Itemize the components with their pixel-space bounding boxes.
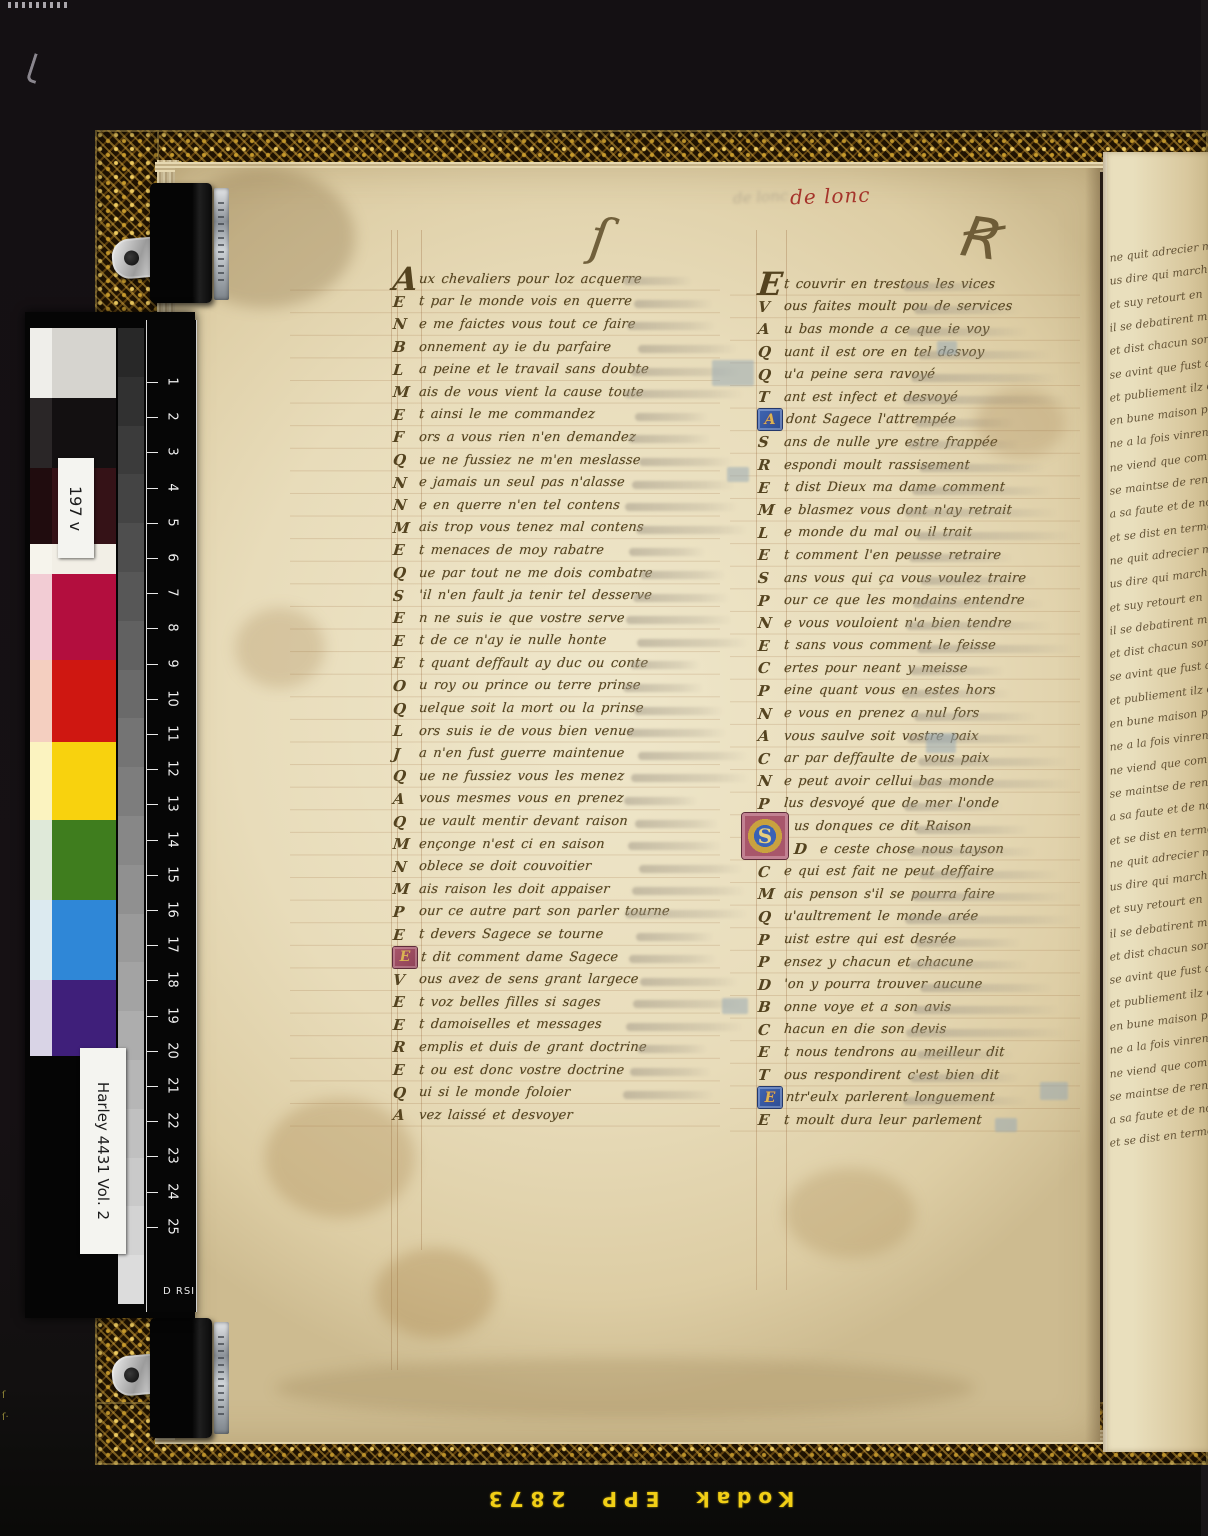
ruler-number: 25 [165, 1215, 180, 1237]
showthrough-line-bar [912, 487, 1051, 495]
verse-text: t ou est donc vostre doctrine [418, 1063, 625, 1078]
verse-text: ux chevaliers pour loz acquerre [418, 272, 642, 287]
verse-text: 'il n'en fault ja tenir tel desserve [418, 588, 652, 603]
showthrough-line [623, 541, 748, 564]
ruler-scale: D RSI 1234567891011121314151617181920212… [146, 320, 197, 1312]
initial-letter: V [757, 298, 785, 316]
ruler-number: 11 [165, 723, 180, 745]
initial-letter: Q [392, 451, 420, 469]
initial-letter: Q [392, 564, 420, 582]
showthrough-line-bar [917, 1051, 1014, 1059]
showthrough-line-bar [624, 797, 698, 805]
showthrough-line-bar [632, 887, 746, 895]
showthrough-line [903, 276, 1073, 299]
clip-handle-hole [123, 1367, 139, 1383]
verse-text: a n'en fust guerre maintenue [418, 746, 625, 761]
showthrough-line [623, 315, 748, 338]
verse-text: onnement ay ie du parfaire [418, 340, 611, 355]
showthrough-line-bar [916, 532, 1073, 540]
verse-text: t devers Sagece se tourne [418, 927, 604, 942]
showthrough-line-bar [638, 752, 748, 760]
verse-text: ue ne fussiez ne m'en meslasse [418, 453, 641, 468]
showthrough-line-bar [634, 707, 724, 715]
initial-letter: R [392, 1038, 420, 1056]
showthrough-line-bar [914, 306, 1021, 314]
showthrough-line-bar [903, 283, 997, 291]
showthrough-line [623, 1016, 748, 1039]
showthrough-line [623, 270, 748, 293]
ruler-tick [147, 734, 158, 735]
ruler-tick [147, 769, 158, 770]
showthrough-line-bar [905, 916, 1073, 924]
ruler-tick [147, 1156, 158, 1157]
showthrough-line-bar [903, 1097, 1027, 1105]
graywedge-step [118, 865, 144, 914]
ruler-tick [147, 664, 158, 665]
initial-letter: E [392, 1061, 420, 1079]
verse-text: a peine et le travail sans doubte [418, 362, 649, 377]
showthrough-line [903, 931, 1073, 954]
next-folio-text-fragment: ne quit adrecier mo [1109, 232, 1208, 264]
showthrough-line-bar [631, 774, 748, 782]
initial-letter: S [757, 433, 785, 451]
showthrough-line [903, 321, 1073, 344]
graywedge-step [118, 523, 144, 572]
colorbar-patch-side [30, 660, 52, 742]
colorbar-patch-side [30, 980, 52, 1056]
verse-text: ue par tout ne me dois combatre [418, 566, 653, 581]
showthrough-line-bar [636, 526, 748, 534]
colorbar-patch-side [30, 398, 52, 468]
showthrough-line-bar [916, 939, 1021, 947]
verse-text: t voz belles filles si sages [418, 995, 601, 1010]
graywedge-step [118, 914, 144, 963]
stain [785, 1168, 915, 1258]
showthrough-line-bar [904, 803, 1004, 811]
showthrough-line [623, 654, 748, 677]
initial-letter: E [757, 479, 785, 497]
initial-letter: Q [757, 908, 785, 926]
initial-letter: C [757, 750, 785, 768]
showthrough-line [903, 999, 1073, 1022]
showthrough-line [623, 293, 748, 316]
showthrough-line-bar [639, 458, 732, 466]
verse-text: ors a vous rien n'en demandez [418, 430, 636, 445]
showthrough-line-bar [640, 571, 726, 579]
showthrough-line-bar [629, 955, 717, 963]
cadel-flourish: ſ [586, 207, 613, 269]
showthrough-line [903, 683, 1073, 706]
ruler-tick [147, 382, 158, 383]
ruler-tick [147, 558, 158, 559]
film-edge-mark: ſ [2, 1390, 6, 1401]
showthrough-line [623, 722, 748, 745]
showthrough-line-bar [637, 639, 748, 647]
ruler-number: 17 [165, 934, 180, 956]
ruler-number: 13 [165, 793, 180, 815]
ruler-tick [147, 1121, 158, 1122]
showthrough-line-bar [624, 390, 743, 398]
initial-letter: F [392, 428, 420, 446]
verse-text: oblece se doit couvoitier [418, 859, 592, 874]
ruler-tick [147, 1227, 158, 1228]
initial-letter: R [757, 456, 785, 474]
showthrough-line-bar [636, 933, 714, 941]
colorbar-patch-main [52, 660, 116, 742]
showthrough-line [623, 925, 748, 948]
verse-text: uelque soit la mort ou la prinse [418, 701, 644, 716]
stain [375, 1248, 495, 1338]
showthrough-line-bar [907, 328, 1028, 336]
bulldog-clip-top [150, 183, 212, 303]
initial-letter: Q [392, 813, 420, 831]
ruler-tick [147, 1051, 158, 1052]
showthrough-line [623, 609, 748, 632]
graywedge-step [118, 426, 144, 475]
initial-letter: C [757, 863, 785, 881]
ruler-number: 24 [165, 1180, 180, 1202]
showthrough-line-bar [627, 322, 716, 330]
ruler-tick [147, 945, 158, 946]
colorbar-patch-main [52, 820, 116, 900]
ruler-tick [147, 840, 158, 841]
initial-letter: E [757, 546, 785, 564]
colorbar-patch-purple [30, 980, 116, 1056]
bulldog-clip-bottom [150, 1318, 212, 1438]
showthrough-line-bar [635, 820, 719, 828]
showthrough-line-bar [625, 503, 738, 511]
showthrough-line-bar [917, 645, 1073, 653]
verse-text: ors suis ie de vous bien venue [418, 724, 635, 739]
showthrough-line [903, 479, 1073, 502]
ruler-number: 7 [165, 582, 180, 604]
showthrough-line [903, 344, 1073, 367]
initial-letter: P [757, 953, 785, 971]
initial-letter: M [757, 885, 785, 903]
verse-text: ais raison les doit appaiser [418, 882, 610, 897]
initial-letter: M [392, 835, 420, 853]
initial-letter: P [757, 931, 785, 949]
ruler-tick [147, 1086, 158, 1087]
showthrough-line [903, 841, 1073, 864]
showthrough-line [903, 954, 1073, 977]
ruler-tick [147, 1016, 158, 1017]
ruler-tick [147, 523, 158, 524]
showthrough-line [623, 1038, 748, 1061]
initial-letter: D [793, 840, 821, 858]
showthrough-line-bar [912, 893, 1067, 901]
showthrough-line [623, 338, 748, 361]
showthrough-line [903, 547, 1073, 570]
ruler-number: 10 [165, 687, 180, 709]
showthrough-line-bar [905, 509, 1058, 517]
ruler-tick [147, 452, 158, 453]
colorbar-patch-blue [30, 900, 116, 980]
showthrough-line [903, 1044, 1073, 1067]
showthrough-line [903, 863, 1073, 886]
colorbar-patch-side [30, 328, 52, 398]
next-folio-edge: ne quit adrecier mous dire qui marcheet … [1103, 152, 1208, 1452]
ruler-number: 22 [165, 1110, 180, 1132]
ruler-number: 16 [165, 899, 180, 921]
graywedge-step [118, 718, 144, 767]
showthrough-line-bar [627, 729, 727, 737]
graywedge-step [118, 767, 144, 816]
showthrough-line-bar [919, 871, 1060, 879]
initial-letter: N [392, 474, 420, 492]
showthrough-line [903, 366, 1073, 389]
verse-text: emplis et duis de grant doctrine [418, 1040, 647, 1055]
showthrough-line-bar [911, 780, 1073, 788]
showthrough-line-bar [913, 600, 1044, 608]
rubric-showthrough: de lonc [733, 187, 789, 208]
initial-letter: A [392, 790, 420, 808]
initial-letter: E [392, 1016, 420, 1034]
verse-text: ençonge n'est ci en saison [418, 837, 605, 852]
initial-letter: E [757, 637, 785, 655]
cadel-flourish: Ꞧ [953, 204, 1001, 274]
ruler-number: 15 [165, 863, 180, 885]
verse-text: ui si le monde foloier [418, 1085, 571, 1100]
manuscript-page-197v: de lonc de lonc ſ Ꞧ Aux chevaliers pour … [175, 168, 1100, 1442]
initial-letter: D [757, 976, 785, 994]
showthrough-line-bar [633, 594, 729, 602]
clip-metal-strip [214, 1322, 229, 1434]
showthrough-line [623, 699, 748, 722]
showthrough-line [623, 1061, 748, 1084]
stain [265, 1098, 415, 1218]
initial-letter: B [392, 338, 420, 356]
initial-letter: E [392, 993, 420, 1011]
ruler-number: 5 [165, 511, 180, 533]
showthrough-initial-patch [722, 998, 748, 1014]
initial-letter: A [392, 269, 420, 289]
verse-text: ais trop vous tenez mal contens [418, 520, 644, 535]
showthrough-line-bar [909, 961, 1028, 969]
ruler-tick [147, 1192, 158, 1193]
initial-letter: E [392, 632, 420, 650]
showthrough-initial-patch [712, 360, 754, 386]
initial-letter: E [392, 926, 420, 944]
verse-text: t par le monde vois en querre [418, 294, 632, 309]
showthrough-line-bar [628, 435, 711, 443]
illuminated-initial: E [758, 1087, 782, 1108]
colorbar-patch-main [52, 900, 116, 980]
graywedge-step [118, 572, 144, 621]
initial-letter: N [392, 496, 420, 514]
verse-text: t de ce n'ay ie nulle honte [418, 633, 607, 648]
verse-text: t moult dura leur parlement [783, 1113, 982, 1128]
initial-letter: M [757, 501, 785, 519]
showthrough-line [903, 457, 1073, 480]
showthrough-line [623, 744, 748, 767]
colorbar-patch-main [52, 742, 116, 820]
verse-text: ais de vous vient la cause toute [418, 385, 644, 400]
verse-text: e jamais un seul pas n'alasse [418, 475, 625, 490]
initial-letter: P [757, 592, 785, 610]
initial-letter: L [392, 361, 420, 379]
verse-text: e en querre n'en tel contens [418, 498, 620, 513]
showthrough-line [623, 519, 748, 542]
ruler-footer-label: D RSI [163, 1286, 195, 1297]
colorbar-patch-side [30, 900, 52, 980]
rubric-heading: de lonc [790, 183, 871, 210]
showthrough-line [623, 880, 748, 903]
showthrough-line-bar [918, 758, 1068, 766]
showthrough-line [623, 767, 748, 790]
initial-letter: T [757, 388, 785, 406]
graywedge-step [118, 377, 144, 426]
initial-letter: A [757, 727, 785, 745]
showthrough-line-bar [637, 1045, 708, 1053]
colorbar-patch-side [30, 544, 52, 574]
initial-letter: C [757, 659, 785, 677]
initial-letter: P [392, 903, 420, 921]
ruler-number: 9 [165, 652, 180, 674]
ruler-tick [147, 417, 158, 418]
graywedge-step [118, 474, 144, 523]
showthrough-initial-patch [995, 1118, 1017, 1132]
showthrough-line [903, 773, 1073, 796]
initial-letter: P [757, 682, 785, 700]
initial-letter: J [392, 745, 420, 763]
showthrough-line-bar [909, 554, 1013, 562]
ruler-tick [147, 804, 158, 805]
colorbar-patch-main [52, 574, 116, 660]
showthrough-line [903, 818, 1073, 841]
showthrough-line-bar [908, 848, 1036, 856]
photograph-of-manuscript: ſ ſ· de lonc de lonc ſ Ꞧ Aux chevaliers … [0, 0, 1208, 1536]
showthrough-line-bar [630, 661, 700, 669]
initial-letter: E [757, 274, 785, 294]
calibration-equipment: D RSI 1234567891011121314151617181920212… [25, 312, 195, 1318]
showthrough-line-bar [906, 1029, 1066, 1037]
showthrough-line [903, 299, 1073, 322]
showthrough-line [903, 615, 1073, 638]
initial-letter: B [757, 998, 785, 1016]
graywedge-step [118, 670, 144, 719]
initial-letter: N [757, 614, 785, 632]
verse-line: Avez laissé et desvoyer [393, 1104, 738, 1127]
showthrough-line-bar [914, 713, 1036, 721]
ruler-number: 12 [165, 758, 180, 780]
film-perforation-marks [8, 2, 68, 8]
colorbar-patch-side [30, 574, 52, 660]
initial-letter: S [392, 587, 420, 605]
colorbar-patch-light-gray [30, 328, 116, 398]
verse-text: t menaces de moy rabatre [418, 543, 604, 558]
showthrough-line [623, 948, 748, 971]
showthrough-line [623, 406, 748, 429]
initial-letter: C [757, 1021, 785, 1039]
verse-text: t quant deffault ay duc ou conte [418, 656, 649, 671]
verse-text: e me faictes vous tout ce faire [418, 317, 636, 332]
showthrough-line-bar [638, 345, 737, 353]
film-brand-text: Kodak EPP 2873 [438, 1483, 838, 1515]
showthrough-line [903, 750, 1073, 773]
initial-letter: L [392, 722, 420, 740]
initial-letter: N [757, 705, 785, 723]
ruler-tick [147, 910, 158, 911]
showthrough-initial-patch [727, 467, 749, 482]
initial-letter: M [392, 880, 420, 898]
initial-letter: O [392, 677, 420, 695]
verse-line: Et moult dura leur parlement [758, 1109, 1103, 1132]
initial-letter: M [392, 519, 420, 537]
ruler-tick [147, 628, 158, 629]
showthrough-line [903, 1022, 1073, 1045]
showthrough-line-bar [913, 1006, 1059, 1014]
initial-letter: Q [392, 1084, 420, 1102]
showthrough-line-bar [639, 865, 743, 873]
showthrough-line [903, 705, 1073, 728]
initial-letter: N [757, 772, 785, 790]
color-calibration-bar [30, 328, 116, 1056]
showthrough-line [903, 502, 1073, 525]
colorbar-patch-main [52, 328, 116, 398]
colorbar-patch-side [30, 820, 52, 900]
showthrough-line-bar [903, 690, 1012, 698]
colorbar-patch-side [30, 468, 52, 544]
stain [275, 1358, 975, 1418]
showthrough-line-bar [915, 826, 1029, 834]
film-edge-mark: ſ· [2, 1412, 9, 1423]
showthrough-line [903, 525, 1073, 548]
showthrough-line [903, 909, 1073, 932]
showthrough-line [623, 857, 748, 880]
showthrough-line [623, 677, 748, 700]
colorbar-patch-red [30, 660, 116, 742]
initial-letter: Q [392, 767, 420, 785]
initial-letter: Q [392, 700, 420, 718]
showthrough-line-bar [640, 978, 738, 986]
clip-handle-hole [123, 250, 139, 266]
initial-letter: E [392, 293, 420, 311]
ruler-number: 6 [165, 547, 180, 569]
illuminated-initial: S [742, 813, 788, 859]
graywedge-step [118, 1255, 144, 1304]
showthrough-line-bar [628, 842, 722, 850]
showthrough-line-bar [920, 984, 1053, 992]
graywedge-step [118, 962, 144, 1011]
initial-letter: V [392, 971, 420, 989]
showthrough-initial-patch [1040, 1082, 1068, 1100]
ruler-tick [147, 488, 158, 489]
ruler-number: 4 [165, 476, 180, 498]
verse-text: ue ne fussiez vous les menez [418, 769, 625, 784]
illuminated-initial: E [393, 947, 417, 968]
showthrough-line [903, 976, 1073, 999]
verse-text: ue vault mentir devant raison [418, 814, 628, 829]
showthrough-line [623, 790, 748, 813]
showthrough-line-bar [919, 464, 1045, 472]
ruler-tick [147, 699, 158, 700]
initial-letter: Q [757, 343, 785, 361]
showthrough-line-bar [910, 667, 1005, 675]
ruler-tick [147, 875, 158, 876]
verse-text: n ne suis ie que vostre serve [418, 611, 625, 626]
showthrough-initial-patch [937, 341, 957, 355]
film-edge-mark [26, 53, 44, 84]
ruler-tick [147, 980, 158, 981]
folio-number-sticker: 197 v [58, 458, 94, 558]
ruler-number: 14 [165, 828, 180, 850]
clip-metal-strip [214, 188, 229, 300]
stain [975, 388, 1065, 458]
initial-letter: M [392, 383, 420, 401]
stain [235, 608, 325, 688]
showthrough-line [623, 1083, 748, 1106]
